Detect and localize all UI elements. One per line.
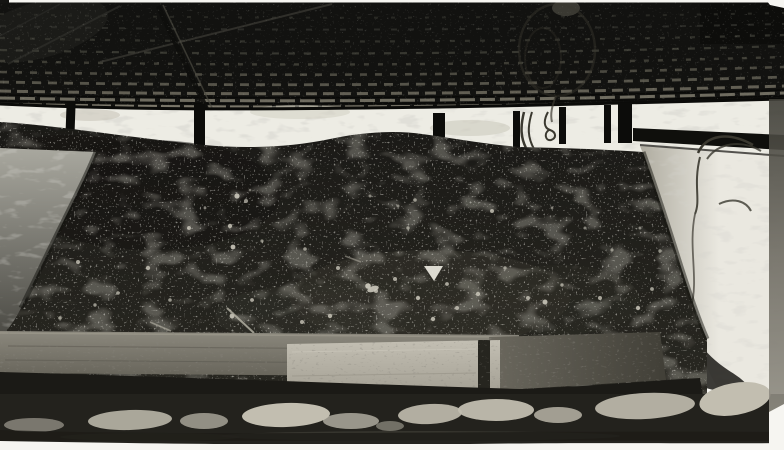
support-post-6	[604, 105, 611, 143]
support-post-5	[559, 107, 566, 144]
right-photo-edge	[769, 99, 784, 413]
support-post-4	[513, 111, 520, 147]
compost-shed-photograph	[0, 0, 784, 450]
photograph-frame	[0, 0, 784, 450]
support-post-2	[194, 104, 205, 148]
roof-panel	[0, 0, 784, 112]
top-margin	[0, 0, 784, 3]
support-post-7	[618, 103, 632, 143]
